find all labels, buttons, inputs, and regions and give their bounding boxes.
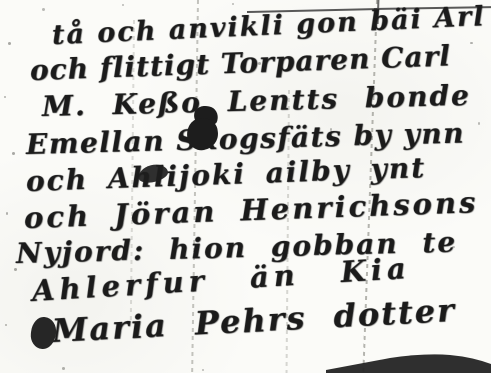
scan-speck	[202, 369, 204, 371]
scan-speck	[6, 212, 8, 215]
scan-speck	[5, 324, 7, 326]
manuscript-line-3: M. Keßo Lentts bonde	[42, 79, 472, 123]
manuscript-page: tå och anvikli gon bäi Arl och flittigt …	[0, 0, 491, 373]
scan-speck	[478, 122, 480, 125]
scan-speck	[330, 128, 332, 131]
scan-speck	[8, 42, 11, 45]
scan-speck	[62, 367, 65, 370]
scan-speck	[258, 62, 261, 65]
bottom-flourish	[326, 351, 491, 373]
scan-speck	[12, 152, 15, 155]
scan-speck	[4, 96, 6, 98]
scan-speck	[232, 3, 234, 5]
scan-speck	[14, 268, 17, 271]
scan-speck	[452, 246, 455, 248]
scan-speck	[122, 4, 124, 6]
scan-speck	[470, 42, 473, 44]
scan-speck	[42, 8, 45, 11]
